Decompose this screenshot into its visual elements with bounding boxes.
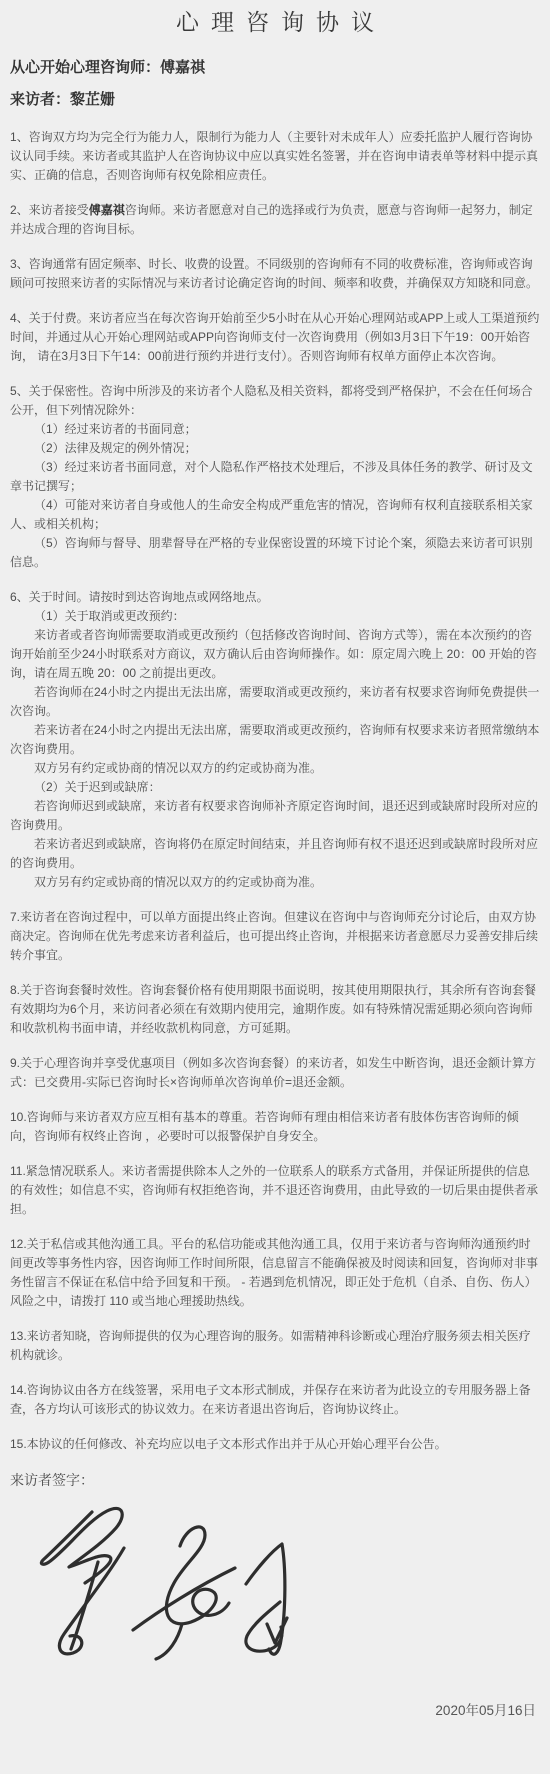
clause-5-item-5: （5）咨询师与督导、朋辈督导在严格的专业保密设置的环境下讨论个案，须隐去来访者可… bbox=[10, 534, 540, 572]
clause-6-line-3: 若咨询师在24小时之内提出无法出席，需要取消或更改预约，来访者有权要求咨询师免费… bbox=[10, 683, 540, 721]
clause-10-text: 10.咨询师与来访者双方应互相有基本的尊重。若咨询师有理由相信来访者有肢体伤害咨… bbox=[10, 1108, 540, 1146]
clause-6-line-5: 双方另有约定或协商的情况以双方的约定或协商为准。 bbox=[10, 759, 540, 778]
clause-10: 10.咨询师与来访者双方应互相有基本的尊重。若咨询师有理由相信来访者有肢体伤害咨… bbox=[10, 1108, 540, 1146]
clause-2-text: 2、来访者接受傅嘉祺咨询师。来访者愿意对自己的选择或行为负责，愿意与咨询师一起努… bbox=[10, 201, 540, 239]
clause-3: 3、咨询通常有固定频率、时长、收费的设置。不同级别的咨询师有不同的收费标准，咨询… bbox=[10, 255, 540, 293]
clause-6-line-4: 若来访者在24小时之内提出无法出席，需要取消或更改预约，咨询师有权要求来访者照常… bbox=[10, 721, 540, 759]
clause-6: 6、关于时间。请按时到达咨询地点或网络地点。 （1）关于取消或更改预约： 来访者… bbox=[10, 588, 540, 892]
page-title: 心理咨询协议 bbox=[10, 8, 540, 36]
clause-2-prefix: 2、来访者接受 bbox=[10, 203, 89, 217]
clause-11: 11.紧急情况联系人。来访者需提供除本人之外的一位联系人的联系方式备用，并保证所… bbox=[10, 1162, 540, 1219]
clause-15: 15.本协议的任何修改、补充均应以电子文本形式作出并于从心开始心理平台公告。 bbox=[10, 1435, 540, 1454]
clause-6-line-8: 若来访者迟到或缺席，咨询将仍在原定时间结束，并且咨询师有权不退还迟到或缺席时段所… bbox=[10, 835, 540, 873]
clause-5-item-1: （1）经过来访者的书面同意； bbox=[10, 420, 540, 439]
clause-5-item-4: （4）可能对来访者自身或他人的生命安全构成严重危害的情况，咨询师有权利直接联系相… bbox=[10, 496, 540, 534]
clause-6-line-2: 来访者或者咨询师需要取消或更改预约（包括修改咨询时间、咨询方式等），需在本次预约… bbox=[10, 626, 540, 683]
clause-3-text: 3、咨询通常有固定频率、时长、收费的设置。不同级别的咨询师有不同的收费标准，咨询… bbox=[10, 255, 540, 293]
visitor-line: 来访者：黎芷姗 bbox=[10, 90, 540, 110]
clause-8: 8.关于咨询套餐时效性。咨询套餐价格有使用期限书面说明，按其使用期限执行，其余所… bbox=[10, 981, 540, 1038]
clause-6-line-6: （2）关于迟到或缺席： bbox=[10, 778, 540, 797]
clause-7-text: 7.来访者在咨询过程中，可以单方面提出终止咨询。但建议在咨询中与咨询师充分讨论后… bbox=[10, 908, 540, 965]
signature-label: 来访者签字： bbox=[10, 1470, 540, 1490]
clause-6-intro: 6、关于时间。请按时到达咨询地点或网络地点。 bbox=[10, 588, 540, 607]
clause-5-item-3: （3）经过来访者书面同意，对个人隐私作严格技术处理后，不涉及具体任务的教学、研讨… bbox=[10, 458, 540, 496]
clause-2: 2、来访者接受傅嘉祺咨询师。来访者愿意对自己的选择或行为负责，愿意与咨询师一起努… bbox=[10, 201, 540, 239]
clause-9: 9.关于心理咨询并享受优惠项目（例如多次咨询套餐）的来访者，如发生中断咨询，退还… bbox=[10, 1054, 540, 1092]
clause-5-intro: 5、关于保密性。咨询中所涉及的来访者个人隐私及相关资料，都将受到严格保护，不会在… bbox=[10, 382, 540, 420]
clause-1: 1、咨询双方均为完全行为能力人，限制行为能力人（主要针对未成年人）应委托监护人履… bbox=[10, 128, 540, 185]
signature-date: 2020年05月16日 bbox=[10, 1702, 536, 1720]
clause-4: 4、关于付费。来访者应当在每次咨询开始前至少5小时在从心开始心理网站或APP上或… bbox=[10, 309, 540, 366]
clause-6-line-9: 双方另有约定或协商的情况以双方的约定或协商为准。 bbox=[10, 873, 540, 892]
clause-5-item-2: （2）法律及规定的例外情况； bbox=[10, 439, 540, 458]
clause-12-text: 12.关于私信或其他沟通工具。平台的私信功能或其他沟通工具，仅用于来访者与咨询师… bbox=[10, 1235, 540, 1311]
clause-1-text: 1、咨询双方均为完全行为能力人，限制行为能力人（主要针对未成年人）应委托监护人履… bbox=[10, 128, 540, 185]
clause-12: 12.关于私信或其他沟通工具。平台的私信功能或其他沟通工具，仅用于来访者与咨询师… bbox=[10, 1235, 540, 1311]
clause-4-text: 4、关于付费。来访者应当在每次咨询开始前至少5小时在从心开始心理网站或APP上或… bbox=[10, 309, 540, 366]
agreement-document: 心理咨询协议 从心开始心理咨询师：傅嘉祺 来访者：黎芷姗 1、咨询双方均为完全行… bbox=[0, 0, 550, 1774]
clause-13: 13.来访者知晓，咨询师提供的仅为心理咨询的服务。如需精神科诊断或心理治疗服务须… bbox=[10, 1327, 540, 1365]
clause-14: 14.咨询协议由各方在线签署，采用电子文本形式制成，并保存在来访者为此设立的专用… bbox=[10, 1381, 540, 1419]
clause-13-text: 13.来访者知晓，咨询师提供的仅为心理咨询的服务。如需精神科诊断或心理治疗服务须… bbox=[10, 1327, 540, 1365]
clause-2-counselor-name: 傅嘉祺 bbox=[89, 203, 125, 217]
clause-7: 7.来访者在咨询过程中，可以单方面提出终止咨询。但建议在咨询中与咨询师充分讨论后… bbox=[10, 908, 540, 965]
clause-15-text: 15.本协议的任何修改、补充均应以电子文本形式作出并于从心开始心理平台公告。 bbox=[10, 1435, 540, 1454]
visitor-signature bbox=[30, 1506, 310, 1684]
counselor-line: 从心开始心理咨询师：傅嘉祺 bbox=[10, 58, 540, 78]
clause-9-text: 9.关于心理咨询并享受优惠项目（例如多次咨询套餐）的来访者，如发生中断咨询，退还… bbox=[10, 1054, 540, 1092]
clause-8-text: 8.关于咨询套餐时效性。咨询套餐价格有使用期限书面说明，按其使用期限执行，其余所… bbox=[10, 981, 540, 1038]
clause-5: 5、关于保密性。咨询中所涉及的来访者个人隐私及相关资料，都将受到严格保护，不会在… bbox=[10, 382, 540, 572]
clause-11-text: 11.紧急情况联系人。来访者需提供除本人之外的一位联系人的联系方式备用，并保证所… bbox=[10, 1162, 540, 1219]
clause-6-line-7: 若咨询师迟到或缺席，来访者有权要求咨询师补齐原定咨询时间，退还迟到或缺席时段所对… bbox=[10, 797, 540, 835]
clause-14-text: 14.咨询协议由各方在线签署，采用电子文本形式制成，并保存在来访者为此设立的专用… bbox=[10, 1381, 540, 1419]
clause-6-line-1: （1）关于取消或更改预约： bbox=[10, 607, 540, 626]
